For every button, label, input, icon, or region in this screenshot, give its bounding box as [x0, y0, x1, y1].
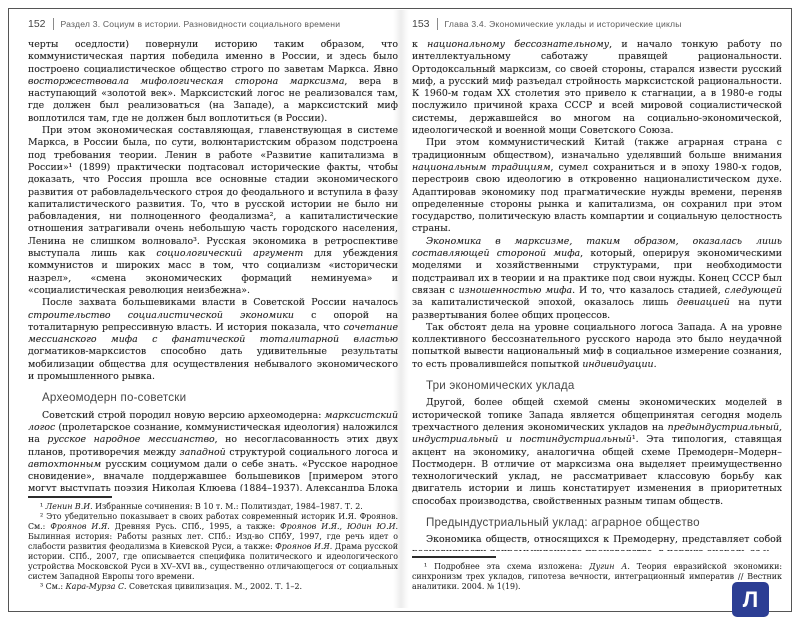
emphasized-text: национальному бессознательному [427, 39, 609, 50]
text-run: Древняя Русь. СПб., 1995, а также: [110, 522, 280, 531]
emphasized-text: социологический аргумент [156, 248, 303, 259]
paragraph: к национальному бессознательному, и нача… [412, 39, 782, 137]
book-spread: 152 Раздел 3. Социум в истории. Разновид… [0, 0, 800, 620]
paragraph: При этом коммунистический Китай (также а… [412, 137, 782, 235]
emphasized-text: строительство социалистической экономики [28, 310, 294, 321]
section-subheading: Предындустриальный уклад: аграрное общес… [426, 517, 782, 529]
labirint-logo-letter: Л [743, 589, 758, 611]
emphasized-text: Кара-Мурза С. [66, 582, 127, 591]
text-run: ³ См.: [40, 582, 66, 591]
emphasized-text: девиацией [677, 297, 730, 308]
emphasized-text: национальным традициям [412, 162, 550, 173]
paragraph: черты оседлости) повернули историю таким… [28, 39, 398, 125]
right-page-body: к национальному бессознательному, и нача… [412, 39, 782, 551]
paragraph: Советский строй породил новую версию арх… [28, 410, 398, 491]
left-page: 152 Раздел 3. Социум в истории. Разновид… [28, 18, 398, 491]
text-run: . [654, 359, 657, 370]
text-run: к [412, 39, 427, 50]
right-page-number: 153 [412, 18, 430, 30]
footnote: ³ См.: Кара-Мурза С. Советская цивилизац… [28, 582, 398, 592]
left-running-header: 152 Раздел 3. Социум в истории. Разновид… [28, 18, 398, 30]
left-page-body: черты оседлости) повернули историю таким… [28, 39, 398, 491]
emphasized-text: русское народное мессианство [47, 434, 214, 445]
right-footnote-list: ¹ Подробнее эта схема изложена: Дугин А.… [412, 562, 782, 592]
right-footnotes: ¹ Подробнее эта схема изложена: Дугин А.… [412, 556, 782, 592]
header-divider [437, 18, 438, 30]
left-header-title: Раздел 3. Социум в истории. Разновидност… [61, 19, 341, 29]
text-run: . И то, что казалось стадией, [572, 285, 725, 296]
text-run: Экономика обществ, относящихся к Премоде… [412, 534, 782, 551]
right-header-title: Глава 3.4. Экономические уклады и истори… [445, 19, 682, 29]
emphasized-text: автохтонным [28, 459, 101, 470]
paragraph: Другой, более общей схемой смены экономи… [412, 397, 782, 508]
right-running-header: 153 Глава 3.4. Экономические уклады и ис… [412, 18, 782, 30]
emphasized-text: Дугин А. [589, 562, 630, 571]
footnote-separator [412, 556, 496, 558]
text-run: , и начало тонкую работу по интеллектуал… [412, 39, 782, 136]
paragraph: Экономика обществ, относящихся к Премоде… [412, 534, 782, 551]
section-subheading: Археомодерн по-советски [42, 392, 398, 404]
text-run: Советский строй породил новую версию арх… [42, 410, 325, 421]
section-subheading: Три экономических уклада [426, 380, 782, 392]
text-run: После захвата большевиками власти в Сове… [42, 297, 398, 308]
left-page-number: 152 [28, 18, 46, 30]
emphasized-text: Ленин В.И. [46, 502, 93, 511]
emphasized-text: Фроянов И.Я. [50, 522, 109, 531]
text-run: черты оседлости) повернули историю таким… [28, 39, 398, 75]
paragraph: При этом экономическая составляющая, гла… [28, 125, 398, 297]
emphasized-text: восторжествовала мифологическая сторона … [28, 76, 344, 87]
paragraph: Так обстоят дела на уровне социального л… [412, 322, 782, 371]
text-run: Советская цивилизация. М., 2002. Т. 1–2. [127, 582, 302, 591]
emphasized-text: Фроянов И.Я. [275, 542, 332, 551]
text-run: При этом коммунистический Китай (также а… [412, 137, 782, 160]
left-footnotes: ¹ Ленин В.И. Избранные сочинения: В 10 т… [28, 496, 398, 592]
text-run: ¹ Подробнее эта схема изложена: [424, 562, 589, 571]
emphasized-text: индивидуации [582, 359, 653, 370]
emphasized-text: западной [180, 447, 226, 458]
emphasized-text: Фроянов И.Я., Юдин Ю.И. [280, 522, 398, 531]
right-page: 153 Глава 3.4. Экономические уклады и ис… [412, 18, 782, 551]
text-run: структурой социального логоса и [226, 447, 398, 458]
text-run: При этом экономическая составляющая, гла… [28, 125, 398, 259]
text-run: Избранные сочинения: В 10 т. М.: Политиз… [93, 502, 363, 511]
text-run: за капиталистической эпохой, оказалось л… [412, 297, 677, 308]
emphasized-text: следующей [725, 285, 782, 296]
footnote: ² Это убедительно показывает в своих раб… [28, 512, 398, 582]
labirint-logo: Л [732, 582, 769, 617]
paragraph: После захвата большевиками власти в Сове… [28, 297, 398, 383]
footnote: ¹ Ленин В.И. Избранные сочинения: В 10 т… [28, 502, 398, 512]
emphasized-text: изношенностью мифа [459, 285, 573, 296]
paragraph: Экономика в марксизме, таким образом, ок… [412, 236, 782, 322]
left-footnote-list: ¹ Ленин В.И. Избранные сочинения: В 10 т… [28, 502, 398, 592]
footnote-separator [28, 496, 112, 498]
emphasized-text: сель- [749, 547, 774, 551]
text-run: догматиков-марксистов способно дать удив… [28, 346, 398, 382]
footnote: ¹ Подробнее эта схема изложена: Дугин А.… [412, 562, 782, 592]
header-divider [53, 18, 54, 30]
